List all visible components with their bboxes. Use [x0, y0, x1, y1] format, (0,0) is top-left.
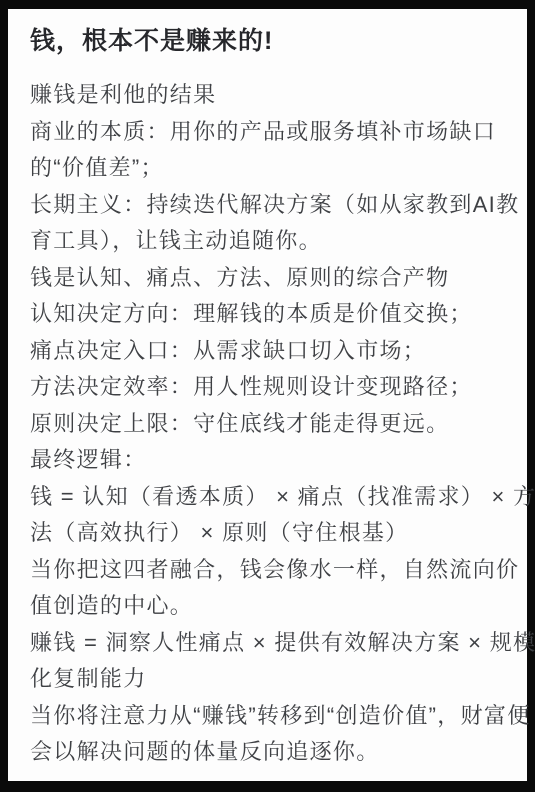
text-line: 钱是认知、痛点、方法、原则的综合产物 — [30, 260, 509, 297]
text-line: 方法决定效率：用人性规则设计变现路径； — [30, 369, 509, 406]
text-line: 赚钱是利他的结果 — [30, 77, 509, 114]
page-background: { "colors": { "page_background": "#0a0a0… — [0, 0, 535, 792]
text-line: 的“价值差”； — [30, 150, 509, 187]
page-title: 钱，根本不是赚来的! — [30, 24, 509, 58]
text-line: 值创造的中心。 — [30, 588, 509, 625]
card-content: 钱，根本不是赚来的! 赚钱是利他的结果 商业的本质：用你的产品或服务填补市场缺口… — [8, 9, 527, 771]
text-line: 钱 = 认知（看透本质） × 痛点（找准需求） × 方 — [30, 479, 509, 516]
text-line: 长期主义：持续迭代解决方案（如从家教到AI教 — [30, 187, 509, 224]
text-line: 化复制能力 — [30, 661, 509, 698]
text-line: 会以解决问题的体量反向追逐你。 — [30, 734, 509, 771]
text-line: 当你把这四者融合，钱会像水一样，自然流向价 — [30, 552, 509, 589]
text-card: 钱，根本不是赚来的! 赚钱是利他的结果 商业的本质：用你的产品或服务填补市场缺口… — [8, 9, 527, 781]
text-line: 痛点决定入口：从需求缺口切入市场； — [30, 333, 509, 370]
text-line: 赚钱 = 洞察人性痛点 × 提供有效解决方案 × 规模 — [30, 625, 509, 662]
text-line: 认知决定方向：理解钱的本质是价值交换； — [30, 296, 509, 333]
text-line: 育工具），让钱主动追随你。 — [30, 223, 509, 260]
text-line: 最终逻辑： — [30, 442, 509, 479]
text-line: 法（高效执行） × 原则（守住根基） — [30, 515, 509, 552]
text-line: 原则决定上限：守住底线才能走得更远。 — [30, 406, 509, 443]
text-line: 当你将注意力从“赚钱”转移到“创造价值”，财富便 — [30, 698, 509, 735]
body-text: 赚钱是利他的结果 商业的本质：用你的产品或服务填补市场缺口 的“价值差”； 长期… — [30, 77, 509, 771]
text-line: 商业的本质：用你的产品或服务填补市场缺口 — [30, 114, 509, 151]
